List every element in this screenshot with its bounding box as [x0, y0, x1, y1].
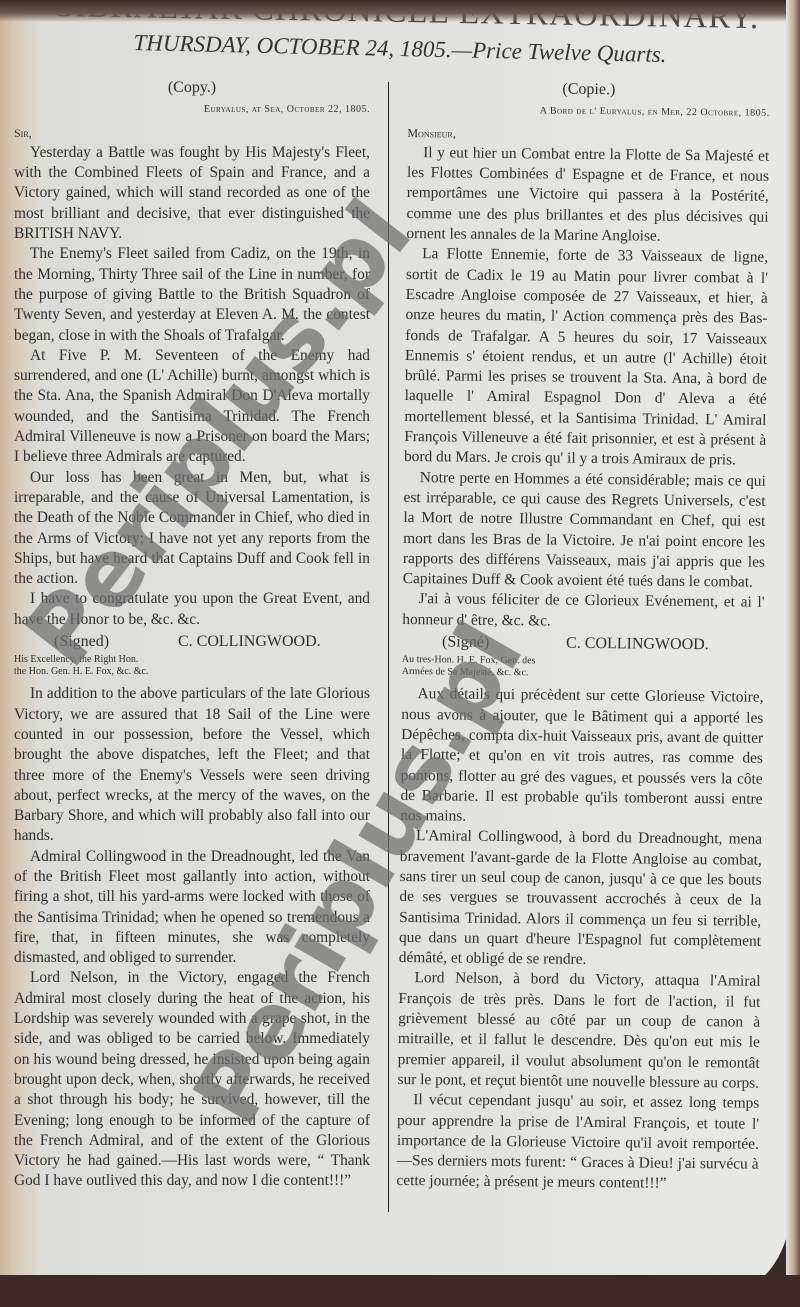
- addressee: His Excellency, the Right Hon. the Hon. …: [14, 654, 370, 678]
- paragraph: Lord Nelson, in the Victory, engaged the…: [14, 968, 370, 1191]
- addressee-line: Armées de Sa Majesté, &c. &c.: [402, 666, 764, 682]
- column-divider: [388, 82, 389, 1212]
- newspaper-page: GIBRALTAR CHRONICLE EXTRAORDINARY. THURS…: [0, 0, 792, 1290]
- salutation: Sir,: [14, 123, 370, 143]
- signature: (Signé) C. COLLINGWOOD.: [402, 632, 764, 656]
- copy-label: (Copy.): [14, 78, 370, 98]
- paragraph: L'Amiral Collingwood, à bord du Dreadnou…: [399, 826, 762, 972]
- paragraph: Yesterday a Battle was fought by His Maj…: [14, 143, 370, 244]
- paragraph: I have to congratulate you upon the Grea…: [14, 589, 370, 630]
- page-edge: [786, 0, 800, 1307]
- paragraph: The Enemy's Fleet sailed from Cadiz, on …: [14, 244, 370, 345]
- signature-name: C. COLLINGWOOD.: [566, 635, 709, 653]
- page-top-shadow: [0, 0, 792, 22]
- paragraph: At Five P. M. Seventeen of the Enemy had…: [14, 346, 370, 468]
- paragraph: J'ai à vous féliciter de ce Glorieux Evé…: [402, 589, 764, 633]
- french-column: (Copie.) A Bord de l' Euryalus, en Mer, …: [396, 78, 770, 1195]
- paragraph: Il y eut hier un Combat entre la Flotte …: [406, 143, 769, 248]
- signature-name: C. COLLINGWOOD.: [178, 633, 321, 650]
- english-column: (Copy.) Euryalus, at Sea, October 22, 18…: [14, 78, 370, 1192]
- paragraph: La Flotte Ennemie, forte de 33 Vaisseaux…: [404, 244, 768, 471]
- addressee-line: the Hon. Gen. H. E. Fox, &c. &c.: [14, 666, 370, 678]
- paragraph: Aux détails qui précèdent sur cette Glor…: [400, 684, 763, 830]
- paragraph: Admiral Collingwood in the Dreadnought, …: [14, 847, 370, 969]
- signature-prefix: (Signé): [402, 632, 562, 654]
- dispatch-location: A Bord de l' Euryalus, en Mer, 22 Octobr…: [408, 100, 770, 124]
- addressee: Au tres-Hon. H. E. Fox, Gen. des Armées …: [402, 654, 764, 682]
- paragraph: Our loss has been great in Men, but, wha…: [14, 468, 370, 590]
- paragraph: Lord Nelson, à bord du Victory, attaqua …: [397, 968, 760, 1094]
- signature-prefix: (Signed): [14, 632, 174, 652]
- copy-label: (Copie.): [408, 78, 770, 102]
- paragraph: Notre perte en Hommes a été considérable…: [403, 468, 766, 594]
- paragraph: In addition to the above particulars of …: [14, 684, 370, 846]
- background-surface: [0, 1275, 800, 1307]
- dispatch-location: Euryalus, at Sea, October 22, 1805.: [14, 100, 370, 120]
- addressee-line: His Excellency, the Right Hon.: [14, 654, 370, 666]
- signature: (Signed) C. COLLINGWOOD.: [14, 632, 370, 652]
- paragraph: Il vécut cependant jusqu' au soir, et as…: [396, 1090, 759, 1195]
